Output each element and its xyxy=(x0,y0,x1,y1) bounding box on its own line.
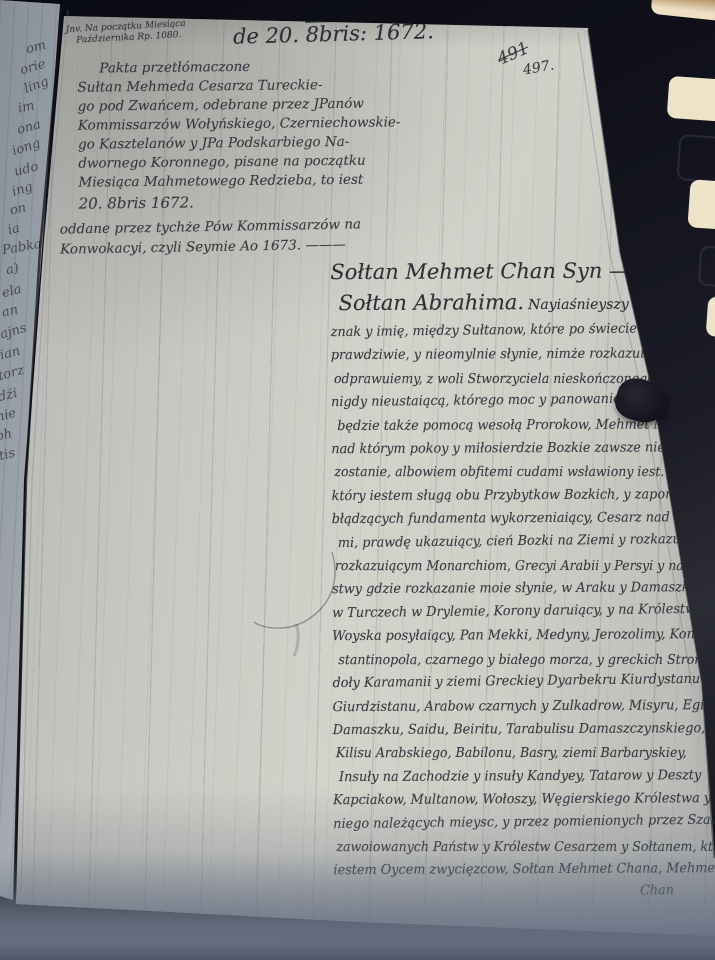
date-prefix: de 20. xyxy=(233,23,306,49)
text-line: oddane przez tychże Pów Kommissarzów na xyxy=(60,214,362,239)
margin-fragment: ling xyxy=(22,74,51,97)
film-sprocket-hole xyxy=(667,76,715,122)
text-line: 20. 8bris 1672. xyxy=(79,191,402,213)
film-sprocket-hole xyxy=(706,296,715,338)
note-paragraph: oddane przez tychże Pów Kommissarzów na … xyxy=(60,214,362,259)
margin-fragment: an xyxy=(1,302,20,320)
text-line: Miesiąca Mahmetowego Redzieba, to iest xyxy=(78,170,401,192)
main-text-column: Sołtan Mehmet Chan Syn ——— Sołtan Abrahi… xyxy=(330,255,715,906)
text-line: Konwokacyi, czyli Seymie Ao 1673. ——— xyxy=(60,234,362,259)
text-line: Kilisu Arabskiego, Babilonu, Basry, ziem… xyxy=(336,742,715,766)
text-line: rozkazuiącym Monarchiom, Grecyi Arabii y… xyxy=(335,555,715,579)
annotation-line: Października Rp. 1080. xyxy=(76,30,186,47)
text-line: stantinopola, czarnego y białego morza, … xyxy=(338,649,715,673)
margin-fragment: torz xyxy=(0,363,26,384)
text-line: Woyska posyłaiący, Pan Mekki, Medyny, Je… xyxy=(332,623,715,649)
text-line: niego należących mieysc, y przez pomieni… xyxy=(333,808,715,836)
margin-fragment: ela xyxy=(0,282,23,301)
text-line: w Turczech w Drylemie, Korony daruiący, … xyxy=(332,597,715,625)
text-line: Giurdzistanu, Arabow czarnych y Zulkadro… xyxy=(333,693,715,719)
annotation-line: Jnv. Na początku Miesiąca xyxy=(66,19,186,36)
archival-annotation: Jnv. Na początku Miesiąca Października R… xyxy=(66,19,187,47)
film-sprocket-hole-ghost xyxy=(676,134,715,184)
margin-fragment: ing xyxy=(10,179,34,199)
text-line: mi, prawdę ukazuiący, cień Bozki na Ziem… xyxy=(338,527,715,555)
summary-paragraph: Pakta przetłómaczone Sułtan Mehmeda Cesa… xyxy=(77,56,401,213)
bottom-shadow-band xyxy=(0,852,715,960)
film-sprocket-hole xyxy=(650,0,715,22)
text-line: nad którym pokoy y miłosierdzie Bozkie z… xyxy=(331,436,715,462)
margin-fragment: ona xyxy=(15,117,42,138)
text-line: Pakta przetłómaczone xyxy=(99,56,400,78)
text-line: prawdziwie, y nieomylnie słynie, nimże r… xyxy=(331,342,715,368)
page-number-crossed: 491 xyxy=(494,38,532,69)
microfilm-photo: om orie ling im ona iong udo ing on ia P… xyxy=(0,0,715,960)
margin-fragment: udo xyxy=(13,159,40,179)
margin-fragment: nie xyxy=(0,406,18,425)
date-suffix: : 1672. xyxy=(360,19,435,45)
margin-fragment: ia xyxy=(6,221,21,238)
text-line: go pod Zwańcem, odebrane przez JPanów xyxy=(78,94,401,116)
margin-fragment: a) xyxy=(5,261,21,278)
margin-fragment: om xyxy=(24,38,47,57)
text-line: zostanie, albowiem obfitemi cudami wsław… xyxy=(334,461,715,485)
heading-name: Sołtan Abrahima. xyxy=(338,290,524,315)
text-line: Kapciakow, Multanow, Wołoszy, Węgierskie… xyxy=(333,787,715,813)
page-number: 497. xyxy=(522,57,555,78)
text-line: doły Karamanii y ziemi Greckiey Dyarbekr… xyxy=(332,667,715,695)
film-sprocket-hole xyxy=(687,179,715,231)
manuscript-page: Jnv. Na początku Miesiąca Października R… xyxy=(0,0,715,960)
date-heading: de 20. 8bris: 1672. xyxy=(233,19,434,49)
margin-fragment: ttis xyxy=(0,446,17,466)
margin-fragment: Pabka xyxy=(1,237,43,259)
heading-line: Sołtan Mehmet Chan Syn ——— xyxy=(330,255,715,288)
text-line: dwornego Koronnego, pisane na początku xyxy=(78,151,401,173)
margin-fragment: on xyxy=(9,200,28,218)
date-month: 8bris xyxy=(305,21,360,47)
margin-fragment: im xyxy=(17,98,36,116)
margin-fragment: oh xyxy=(0,426,14,444)
heading-continuation: Nayiaśnieyszy Szlachetny xyxy=(528,296,711,313)
text-line: błądzących fundamenta wykorzeniaiący, Ce… xyxy=(332,506,715,532)
text-line: znak y imię, między Sułtanow, które po ś… xyxy=(331,316,715,344)
text-line: Kommissarzów Wołyńskiego, Czerniechowski… xyxy=(78,113,401,135)
text-line: stwy gdzie rozkazanie moie słynie, w Ara… xyxy=(332,576,715,602)
text-line: Damaszku, Saidu, Beiritu, Tarabulisu Dam… xyxy=(333,717,715,743)
margin-fragment: ian xyxy=(0,344,22,363)
text-line: Sułtan Mehmeda Cesarza Tureckie- xyxy=(77,75,400,97)
film-sprocket-hole-ghost xyxy=(698,245,715,288)
heading-line: Sołtan Abrahima.Nayiaśnieyszy Szlachetny xyxy=(338,286,715,321)
margin-fragment: dźi xyxy=(0,386,19,405)
text-line: go Kasztelanów y JPa Podskarbiego Na- xyxy=(78,132,401,154)
text-line: który iestem sługą obu Przybytkow Bozkic… xyxy=(331,483,715,509)
margin-fragment: iong xyxy=(10,136,42,159)
margin-fragment: ajns xyxy=(0,321,28,343)
text-line: Insuły na Zachodzie y insuły Kandyey, Ta… xyxy=(339,764,715,790)
